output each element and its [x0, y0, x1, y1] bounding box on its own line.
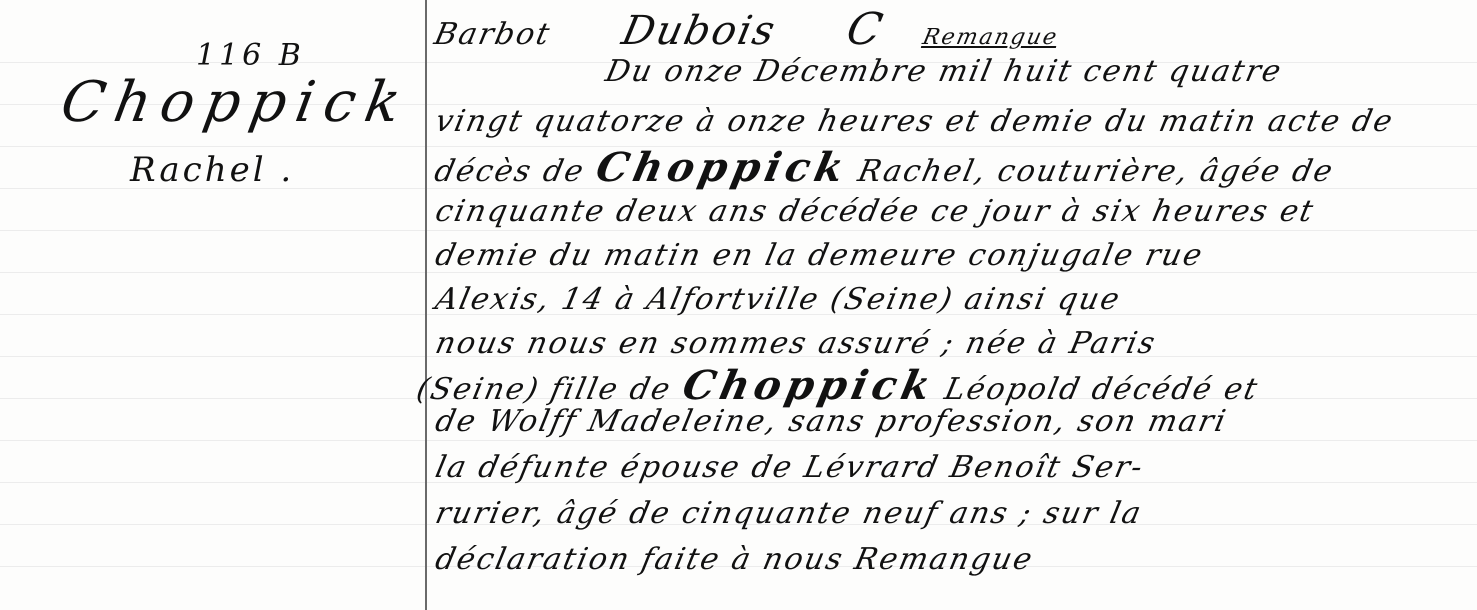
entry-number: 116 B: [196, 38, 305, 73]
margin-surname: Choppick: [56, 70, 415, 135]
record-body: Barbot Dubois C Remangue Du onze Décembr…: [436, 0, 1471, 610]
register-page: 116 B Choppick Rachel . Barbot Dubois C …: [0, 0, 1477, 610]
signature-line: Barbot Dubois C Remangue: [431, 4, 1066, 55]
signature-barbot: Barbot: [431, 17, 554, 52]
signature-initial: C: [842, 4, 889, 55]
text-line-1: Du onze Décembre mil huit cent quatre: [602, 54, 1286, 89]
text-line-9: de Wolff Madeleine, sans profession, son…: [432, 404, 1230, 439]
signature-dubois: Dubois: [618, 8, 781, 54]
text-line-11: rurier, âgé de cinquante neuf ans ; sur …: [432, 496, 1145, 531]
text-line-7: nous nous en sommes assuré ; née à Paris: [432, 326, 1159, 361]
deceased-surname: Choppick: [592, 144, 853, 191]
margin-first-name: Rachel .: [130, 150, 294, 190]
margin-column: 116 B Choppick Rachel .: [0, 0, 425, 610]
text-line-3: décès de Choppick Rachel, couturière, âg…: [431, 144, 1340, 191]
text-line-10: la défunte épouse de Lévrard Benoît Ser-: [432, 450, 1147, 485]
text-line-2: vingt quatorze à onze heures et demie du…: [432, 104, 1397, 139]
father-surname: Choppick: [679, 362, 940, 409]
text-line-4: cinquante deux ans décédée ce jour à six…: [432, 194, 1318, 229]
text-line-8: (Seine) fille de Choppick Léopold décédé…: [413, 362, 1264, 409]
text-line-12: déclaration faite à nous Remangue: [432, 542, 1037, 577]
signature-remangue: Remangue: [920, 25, 1060, 50]
margin-divider: [425, 0, 427, 610]
text-line-6: Alexis, 14 à Alfortville (Seine) ainsi q…: [432, 282, 1124, 317]
text-line-5: demie du matin en la demeure conjugale r…: [432, 238, 1207, 273]
